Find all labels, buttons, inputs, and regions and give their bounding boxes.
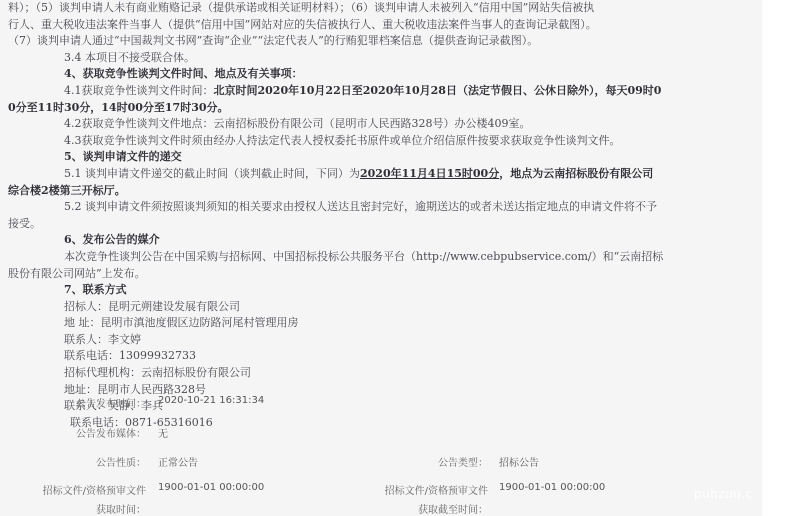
announcement-body: 料）；（5）谈判申请人未有商业贿赂记录（提供承诺或相关证明材料）；（6）谈判申请… <box>8 0 753 431</box>
paragraph-5-2-cont: 接受。 <box>8 216 753 233</box>
publish-media-value: 无 <box>158 425 168 440</box>
paragraph-5-1: 5.1 谈判申请文件递交的截止时间（谈判截止时间，下同）为2020年11月4日1… <box>8 166 753 183</box>
section-6-heading: 6、发布公告的媒介 <box>8 232 753 249</box>
type-value: 招标公告 <box>499 454 539 469</box>
publish-time-label: 公告发布时间： <box>20 395 146 410</box>
nature-value: 正常公告 <box>158 454 198 469</box>
watermark: puhzuu.c <box>694 487 753 501</box>
doc-start-value: 1900-01-01 00:00:00 <box>158 482 264 493</box>
publish-time-value: 2020-10-21 16:31:34 <box>158 395 264 406</box>
doc-end-label-2: 获取截至时间： <box>362 501 488 516</box>
text: 4.1获取竞争性谈判文件时间： <box>64 84 214 97</box>
location-bold: ，地点为云南招标股份有限公司 <box>499 167 653 180</box>
paragraph-4-1-cont: 0分至11时30分，14时00分至17时30分。 <box>8 100 753 117</box>
text-line: 行人、重大税收违法案件当事人（提供“信用中国”网站对应的失信被执行人、重大税收违… <box>8 17 753 34</box>
meta-row-publish-time: 公告发布时间： 2020-10-21 16:31:34 <box>0 395 762 415</box>
section-5-heading: 5、谈判申请文件的递交 <box>8 149 753 166</box>
time-bold: 北京时间2020年10月22日至2020年10月28日（法定节假日、公休日除外）… <box>214 84 662 97</box>
text-line: 3.4 本项目不接受联合体。 <box>8 50 753 67</box>
text-line: （7）谈判申请人通过“中国裁判文书网”查询“企业”“法定代表人”的行贿犯罪档案信… <box>8 33 753 50</box>
agency: 招标代理机构：云南招标股份有限公司 <box>8 365 753 382</box>
tenderer-address: 地 址：昆明市滇池度假区边防路河尾村管理用房 <box>8 315 753 332</box>
section-4-heading: 4、获取竞争性谈判文件时间、地点及有关事项： <box>8 66 753 83</box>
doc-end-value: 1900-01-01 00:00:00 <box>499 482 605 493</box>
text: 5.1 谈判申请文件递交的截止时间（谈判截止时间，下同）为 <box>64 167 360 180</box>
paragraph-5-2: 5.2 谈判申请文件须按照谈判须知的相关要求由授权人送达且密封完好，逾期送达的或… <box>8 199 753 216</box>
section-7-heading: 7、联系方式 <box>8 282 753 299</box>
paragraph-4-2: 4.2获取竞争性谈判文件地点：云南招标股份有限公司（昆明市人民西路328号）办公… <box>8 116 753 133</box>
paragraph-6-1-cont: 股份有限公司网站”上发布。 <box>8 266 753 283</box>
paragraph-5-1-cont: 综合楼2楼第三开标厅。 <box>8 183 753 200</box>
doc-end-label: 招标文件/资格预审文件 <box>362 482 488 497</box>
paragraph-6-1: 本次竞争性谈判公告在中国采购与招标网、中国招标投标公共服务平台（http://w… <box>8 249 753 266</box>
deadline: 2020年11月4日15时00分 <box>360 167 499 180</box>
tenderer-phone: 联系电话：13099932733 <box>8 348 753 365</box>
type-label: 公告类型： <box>380 454 488 469</box>
publish-media-label: 公告发布媒体： <box>20 425 146 440</box>
text-line: 料）；（5）谈判申请人未有商业贿赂记录（提供承诺或相关证明材料）；（6）谈判申请… <box>8 0 753 17</box>
meta-row-publish-media: 公告发布媒体： 无 <box>0 425 762 445</box>
meta-row-nature-type: 公告性质： 正常公告 公告类型： 招标公告 <box>0 454 762 474</box>
doc-start-label: 招标文件/资格预审文件 <box>20 482 146 497</box>
tenderer-contact: 联系人：李文婷 <box>8 332 753 349</box>
nature-label: 公告性质： <box>20 454 146 469</box>
content-panel: 料）；（5）谈判申请人未有商业贿赂记录（提供承诺或相关证明材料）；（6）谈判申请… <box>0 0 762 516</box>
doc-start-label-2: 获取时间： <box>20 501 146 516</box>
paragraph-4-3: 4.3获取竞争性谈判文件时须由经办人持法定代表人授权委托书原件或单位介绍信原件按… <box>8 133 753 150</box>
meta-row-doc-times: 招标文件/资格预审文件 1900-01-01 00:00:00 获取时间： 招标… <box>0 482 762 516</box>
paragraph-4-1: 4.1获取竞争性谈判文件时间：北京时间2020年10月22日至2020年10月2… <box>8 83 753 100</box>
tenderer: 招标人：昆明元朔建设发展有限公司 <box>8 299 753 316</box>
